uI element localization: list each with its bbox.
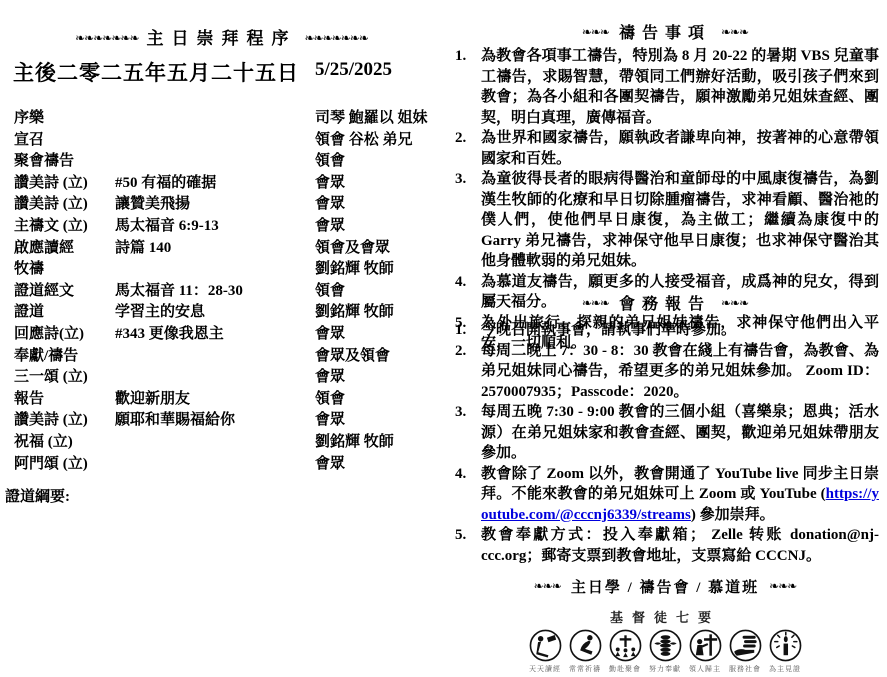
church-affairs-header: ❧❧❧ 會務報告 ❧❧❧: [443, 291, 887, 314]
program-label: 讚美詩 (立): [14, 192, 88, 213]
program-role: 領會: [315, 387, 345, 408]
program-label: 證道: [14, 300, 44, 321]
program-row: 聚會禱告領會: [0, 149, 443, 171]
program-label: 宣召: [14, 128, 44, 149]
bulletin-page: ❧❧❧❧❧❧❧ 主日崇拜程序 ❧❧❧❧❧❧❧ 主後二零二五年五月二十五日 5/2…: [0, 0, 887, 677]
church-affairs-list: 1.今晚召開執事會，請執事們準時參加。 2.每周二晚上 7：30 - 8：30 …: [455, 320, 879, 566]
program-role: 司琴 鮑羅以 姐妹: [315, 106, 428, 127]
classes-title: 主日學 / 禱告會 / 慕道班: [571, 580, 759, 596]
serving-hands-icon: [729, 629, 762, 662]
essential-serve-society: 服務社會: [726, 629, 764, 674]
essential-caption: 領人歸主: [689, 664, 721, 674]
program-role: 領會及會眾: [315, 236, 390, 257]
item-text: 每周二晚上 7：30 - 8：30 教會在綫上有禱告會，為教會、為弟兄姐妹同心禱…: [481, 341, 879, 403]
program-label: 聚會禱告: [14, 149, 74, 170]
seven-essentials-icons: 天天讀經 常常祈禱: [443, 629, 887, 674]
candle-witness-icon: [769, 629, 802, 662]
seven-essentials-logo: 基督徒七要 天天讀經: [443, 607, 887, 674]
item-text: 為童彼得長者的眼病得醫治和童師母的中風康復禱告，為劉漢生牧師的化療和早日切除腫瘤…: [481, 169, 879, 272]
essential-caption: 勤赴聚會: [609, 664, 641, 674]
item-number: 2.: [455, 128, 481, 169]
church-affairs-title: 會務報告: [619, 296, 711, 313]
affairs-item: 3.每周五晚 7:30 - 9:00 教會的三個小組（喜樂泉；恩典；活水源）在弟…: [455, 402, 879, 464]
ornament-chain-icon: ❧❧❧: [769, 579, 796, 593]
date-chinese: 主後二零二五年五月二十五日: [13, 57, 299, 87]
program-label: 回應詩(立): [14, 322, 84, 343]
worship-order-section: ❧❧❧❧❧❧❧ 主日崇拜程序 ❧❧❧❧❧❧❧ 主後二零二五年五月二十五日 5/2…: [0, 0, 443, 677]
program-row: 三一頌 (立)會眾: [0, 365, 443, 387]
loaves-fishes-icon: [649, 629, 682, 662]
program-role: 領會: [315, 279, 345, 300]
program-role: 會眾: [315, 452, 345, 473]
bible-reading-icon: [529, 629, 562, 662]
program-row: 阿門頌 (立)會眾: [0, 452, 443, 474]
item-text-post: ) 參加崇拜。: [691, 507, 775, 523]
item-number: 3.: [455, 169, 481, 272]
prayer-item: 1.為教會各項事工禱告，特別為 8 月 20-22 的暑期 VBS 兒童事工禱告…: [455, 46, 879, 128]
program-row: 回應詩(立)#343 更像我恩主會眾: [0, 322, 443, 344]
program-row: 證道学習主的安息劉銘輝 牧師: [0, 300, 443, 322]
program-item: 学習主的安息: [115, 300, 205, 321]
program-label: 讚美詩 (立): [14, 408, 88, 429]
announcements-section: ❧❧❧ 禱告事項 ❧❧❧ 1.為教會各項事工禱告，特別為 8 月 20-22 的…: [443, 0, 887, 677]
program-label: 祝福 (立): [14, 430, 73, 451]
item-text: 教會奉獻方式：投入奉獻箱； Zelle 转账 donation@nj-ccc.o…: [481, 525, 879, 566]
sermon-outline-label: 證道綱要:: [5, 485, 70, 506]
ornament-chain-icon: ❧❧❧: [721, 296, 748, 310]
essential-lead-to-christ: 領人歸主: [686, 629, 724, 674]
seven-essentials-title: 基督徒七要: [443, 607, 887, 626]
item-number: 2.: [455, 341, 481, 403]
item-text: 為教會各項事工禱告，特別為 8 月 20-22 的暑期 VBS 兒童事工禱告，求…: [481, 46, 879, 128]
program-role: 會眾及領會: [315, 344, 390, 365]
program-item: #343 更像我恩主: [115, 322, 224, 343]
essential-caption: 努力奉獻: [649, 664, 681, 674]
ornament-chain-icon: ❧❧❧: [534, 579, 561, 593]
item-number: 5.: [455, 525, 481, 566]
program-role: 會眾: [315, 214, 345, 235]
affairs-item: 5.教會奉獻方式：投入奉獻箱； Zelle 转账 donation@nj-ccc…: [455, 525, 879, 566]
program-role: 會眾: [315, 171, 345, 192]
ornament-chain-icon: ❧❧❧❧❧❧❧: [305, 31, 368, 45]
program-label: 序樂: [14, 106, 44, 127]
program-item: 馬太福音 6:9-13: [115, 214, 219, 235]
program-row: 主禱文 (立)馬太福音 6:9-13會眾: [0, 214, 443, 236]
program-item: 歡迎新朋友: [115, 387, 190, 408]
program-role: 劉銘輝 牧師: [315, 300, 394, 321]
essential-attend-meetings: 勤赴聚會: [606, 629, 644, 674]
program-item: #50 有福的確据: [115, 171, 216, 192]
essential-offering: 努力奉獻: [646, 629, 684, 674]
program-role: 劉銘輝 牧師: [315, 257, 394, 278]
ornament-chain-icon: ❧❧❧: [721, 25, 748, 39]
lead-to-christ-icon: [689, 629, 722, 662]
program-label: 報告: [14, 387, 44, 408]
essential-caption: 常常祈禱: [569, 664, 601, 674]
item-text: 今晚召開執事會，請執事們準時參加。: [481, 320, 879, 341]
assembly-cross-icon: [609, 629, 642, 662]
date-numeric: 5/25/2025: [315, 59, 392, 81]
program-row: 牧禱劉銘輝 牧師: [0, 257, 443, 279]
program-row: 讚美詩 (立)願耶和華賜福給你會眾: [0, 408, 443, 430]
program-row: 讚美詩 (立)#50 有福的確据會眾: [0, 171, 443, 193]
program-row: 宣召領會 谷松 弟兄: [0, 128, 443, 150]
prayer-item: 3.為童彼得長者的眼病得醫治和童師母的中風康復禱告，為劉漢生牧師的化療和早日切除…: [455, 169, 879, 272]
program-label: 牧禱: [14, 257, 44, 278]
program-label: 啟應讀經: [14, 236, 74, 257]
item-text: 每周五晚 7:30 - 9:00 教會的三個小組（喜樂泉；恩典；活水源）在弟兄姐…: [481, 402, 879, 464]
essential-witness: 為主見證: [766, 629, 804, 674]
program-item: 馬太福音 11：28-30: [115, 279, 243, 300]
affairs-item: 4.教會除了 Zoom 以外，教會開通了 YouTube live 同步主日崇拜…: [455, 464, 879, 526]
praying-icon: [569, 629, 602, 662]
item-number: 1.: [455, 46, 481, 128]
item-text-pre: 教會除了 Zoom 以外，教會開通了 YouTube live 同步主日崇拜。不…: [481, 466, 879, 503]
essential-caption: 天天讀經: [529, 664, 561, 674]
essential-caption: 為主見證: [769, 664, 801, 674]
affairs-item: 1.今晚召開執事會，請執事們準時參加。: [455, 320, 879, 341]
prayer-items-header: ❧❧❧ 禱告事項 ❧❧❧: [443, 20, 887, 43]
program-role: 劉銘輝 牧師: [315, 430, 394, 451]
essential-caption: 服務社會: [729, 664, 761, 674]
essential-pray: 常常祈禱: [566, 629, 604, 674]
program-item: 詩篇 140: [115, 236, 171, 257]
prayer-items-title: 禱告事項: [619, 25, 711, 42]
program-label: 阿門頌 (立): [14, 452, 88, 473]
prayer-item: 2.為世界和國家禱告，願執政者謙卑向神，按著神的心意帶領國家和百姓。: [455, 128, 879, 169]
essential-read-bible: 天天讀經: [526, 629, 564, 674]
ornament-chain-icon: ❧❧❧: [582, 25, 609, 39]
program-label: 主禱文 (立): [14, 214, 88, 235]
program-role: 領會 谷松 弟兄: [315, 128, 413, 149]
classes-header: ❧❧❧ 主日學 / 禱告會 / 慕道班 ❧❧❧: [443, 576, 887, 597]
item-number: 4.: [455, 464, 481, 526]
ornament-chain-icon: ❧❧❧❧❧❧❧: [75, 31, 138, 45]
item-number: 1.: [455, 320, 481, 341]
program-label: 證道經文: [14, 279, 74, 300]
worship-order-header: ❧❧❧❧❧❧❧ 主日崇拜程序 ❧❧❧❧❧❧❧: [0, 24, 443, 49]
program-row: 祝福 (立)劉銘輝 牧師: [0, 430, 443, 452]
program-row: 報告歡迎新朋友領會: [0, 387, 443, 409]
program-role: 會眾: [315, 408, 345, 429]
worship-order-title: 主日崇拜程序: [147, 29, 297, 48]
program-role: 會眾: [315, 192, 345, 213]
affairs-item: 2.每周二晚上 7：30 - 8：30 教會在綫上有禱告會，為教會、為弟兄姐妹同…: [455, 341, 879, 403]
program-role: 會眾: [315, 365, 345, 386]
program-label: 奉獻/禱告: [14, 344, 78, 365]
item-text: 為世界和國家禱告，願執政者謙卑向神，按著神的心意帶領國家和百姓。: [481, 128, 879, 169]
ornament-chain-icon: ❧❧❧: [582, 296, 609, 310]
program-row: 奉獻/禱告會眾及領會: [0, 344, 443, 366]
program-row: 證道經文馬太福音 11：28-30領會: [0, 279, 443, 301]
program-item: 願耶和華賜福給你: [115, 408, 235, 429]
program-row: 啟應讀經詩篇 140領會及會眾: [0, 236, 443, 258]
program-role: 領會: [315, 149, 345, 170]
program-role: 會眾: [315, 322, 345, 343]
program-label: 讚美詩 (立): [14, 171, 88, 192]
program-row: 序樂司琴 鮑羅以 姐妹: [0, 106, 443, 128]
program-list: 序樂司琴 鮑羅以 姐妹 宣召領會 谷松 弟兄 聚會禱告領會 讚美詩 (立)#50…: [0, 106, 443, 473]
program-row: 讚美詩 (立)讓贊美飛揚會眾: [0, 192, 443, 214]
item-text: 教會除了 Zoom 以外，教會開通了 YouTube live 同步主日崇拜。不…: [481, 464, 879, 526]
item-number: 3.: [455, 402, 481, 464]
program-item: 讓贊美飛揚: [115, 192, 190, 213]
program-label: 三一頌 (立): [14, 365, 88, 386]
